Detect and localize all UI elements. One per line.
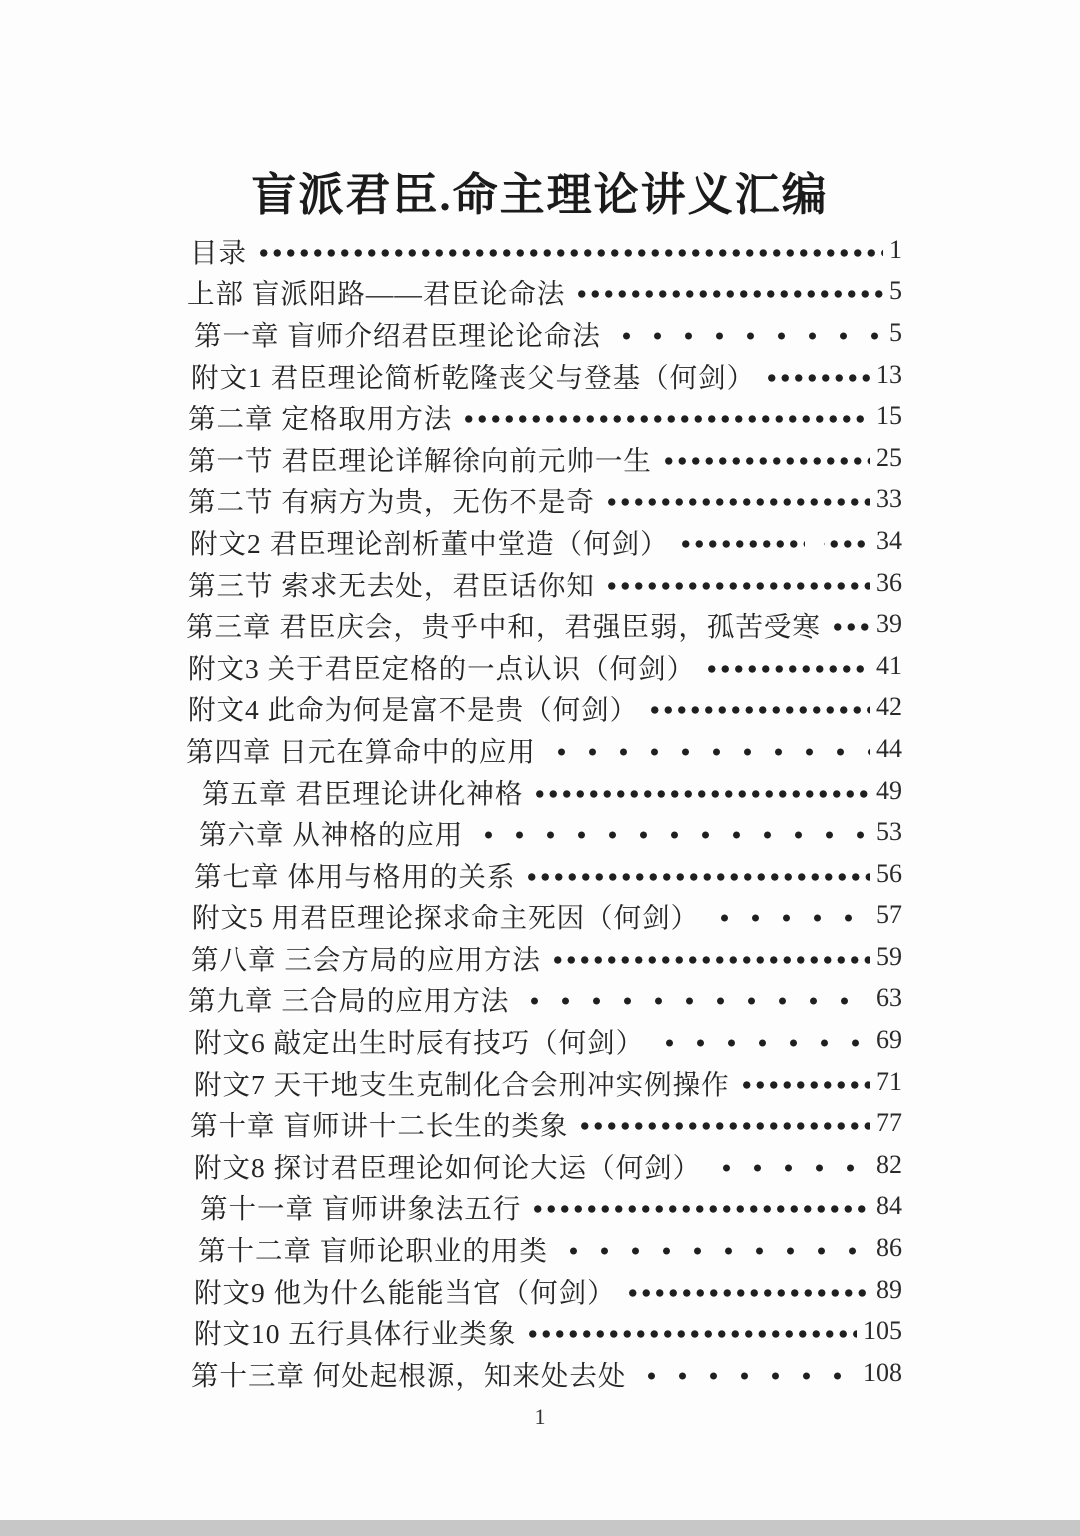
toc-entry-label: 附文3 关于君臣定格的一点认识（何剑） bbox=[188, 646, 695, 686]
toc-entry-page-number: 69 bbox=[876, 1025, 902, 1055]
toc-entry-label: 第三章 君臣庆会，贵乎中和，君强臣弱，孤苦受寒 bbox=[186, 604, 821, 644]
toc-entry-label: 第一章 盲师介绍君臣理论论命法 bbox=[194, 313, 601, 353]
toc-entry-label: 第七章 体用与格用的关系 bbox=[194, 854, 515, 894]
toc-entry: 第十一章 盲师讲象法五行 84 bbox=[186, 1186, 902, 1228]
toc-entry-page-number: 13 bbox=[876, 360, 902, 390]
toc-entry: 第一节 君臣理论详解徐向前元帅一生 25 bbox=[186, 437, 902, 479]
toc-entry: 第三章 君臣庆会，贵乎中和，君强臣弱，孤苦受寒 39 bbox=[186, 603, 902, 645]
toc-entry: 第二节 有病方为贵，无伤不是奇 33 bbox=[186, 479, 902, 521]
toc-entry-label: 附文7 天干地支生克制化合会刑冲实例操作 bbox=[194, 1062, 730, 1102]
toc-entry-page-number: 44 bbox=[876, 734, 902, 764]
toc-entry-label: 第二章 定格取用方法 bbox=[188, 396, 452, 436]
dot-leader bbox=[525, 872, 870, 882]
toc-entry-label: 附文8 探讨君臣理论如何论大运（何剑） bbox=[194, 1145, 701, 1185]
toc-entry: 附文7 天干地支生克制化合会刑冲实例操作 71 bbox=[186, 1061, 902, 1103]
toc-entry: 第三节 索求无去处，君臣话你知 36 bbox=[186, 562, 902, 604]
toc-entry-page-number: 42 bbox=[876, 692, 902, 722]
toc-entry: 附文5 用君臣理论探求命主死因（何剑） 57 bbox=[186, 895, 902, 937]
toc-entry-page-number: 56 bbox=[876, 859, 902, 889]
toc-entry-label: 附文4 此命为何是富不是贵（何剑） bbox=[188, 687, 638, 727]
dot-leader bbox=[558, 1246, 870, 1256]
toc-entry-label: 第六章 从神格的应用 bbox=[199, 812, 463, 852]
toc-entry-label: 上部 盲派阳路——君臣论命法 bbox=[187, 271, 565, 311]
dot-leader bbox=[636, 1371, 857, 1381]
toc-entry-page-number: 5 bbox=[889, 318, 902, 348]
dot-leader bbox=[551, 955, 870, 965]
toc-entry: 附文2 君臣理论剖析董中堂造（何剑） 34 bbox=[186, 520, 902, 562]
toc-entry: 上部 盲派阳路——君臣论命法 5 bbox=[186, 271, 902, 313]
dot-leader bbox=[711, 1163, 870, 1173]
dot-leader bbox=[578, 1121, 870, 1131]
dot-leader bbox=[648, 705, 870, 715]
dot-leader bbox=[765, 373, 870, 383]
toc-entry: 第五章 君臣理论讲化神格 49 bbox=[186, 770, 902, 812]
toc-entry-label: 附文10 五行具体行业类象 bbox=[194, 1311, 516, 1351]
toc-entry-page-number: 39 bbox=[876, 609, 902, 639]
dot-leader bbox=[546, 747, 870, 757]
toc-entry-label: 第八章 三会方局的应用方法 bbox=[191, 937, 541, 977]
toc-entry-label: 附文6 敲定出生时辰有技巧（何剑） bbox=[194, 1020, 644, 1060]
toc-entry: 附文8 探讨君臣理论如何论大运（何剑） 82 bbox=[186, 1144, 902, 1186]
toc-entry: 第六章 从神格的应用 53 bbox=[186, 811, 902, 853]
toc-entry-label: 第十三章 何处起根源，知来处去处 bbox=[191, 1353, 626, 1393]
toc-entry-label: 附文5 用君臣理论探求命主死因（何剑） bbox=[192, 895, 699, 935]
dot-leader bbox=[662, 456, 870, 466]
scan-edge-bar bbox=[0, 1520, 1080, 1536]
toc-entry: 第二章 定格取用方法 15 bbox=[186, 395, 902, 437]
dot-leader bbox=[654, 1038, 870, 1048]
toc-entry-page-number: 41 bbox=[876, 651, 902, 681]
dot-leader bbox=[709, 913, 870, 923]
dot-leader bbox=[626, 1288, 870, 1298]
toc-entry-label: 第十一章 盲师讲象法五行 bbox=[200, 1186, 521, 1226]
dot-leader bbox=[705, 664, 870, 674]
toc-entry-page-number: 33 bbox=[876, 484, 902, 514]
toc-entry: 第一章 盲师介绍君臣理论论命法 5 bbox=[186, 312, 902, 354]
toc-entry-page-number: 57 bbox=[876, 900, 902, 930]
toc-entry-page-number: 15 bbox=[876, 401, 902, 431]
toc-entry-label: 附文2 君臣理论剖析董中堂造（何剑） bbox=[190, 521, 669, 561]
dot-leader bbox=[605, 497, 870, 507]
toc-entry: 第十章 盲师讲十二长生的类象 77 bbox=[186, 1102, 902, 1144]
toc-entry-page-number: 49 bbox=[876, 776, 902, 806]
toc-entry-page-number: 36 bbox=[876, 568, 902, 598]
dot-leader bbox=[831, 622, 870, 632]
toc-entry-page-number: 53 bbox=[876, 817, 902, 847]
toc-entry-page-number: 108 bbox=[863, 1358, 902, 1388]
scanned-document-page: 盲派君臣.命主理论讲义汇编 目录 1 上部 盲派阳路——君臣论命法 5 第一章 … bbox=[0, 0, 1080, 1536]
toc-entry-label: 附文1 君臣理论简析乾隆丧父与登基（何剑） bbox=[191, 355, 755, 395]
dot-leader bbox=[531, 1204, 870, 1214]
toc-entry-label: 第二节 有病方为贵，无伤不是奇 bbox=[188, 479, 595, 519]
toc-entry-label: 第十二章 盲师论职业的用类 bbox=[198, 1228, 548, 1268]
dot-leader bbox=[605, 581, 870, 591]
toc-entry: 附文1 君臣理论简析乾隆丧父与登基（何剑） 13 bbox=[186, 354, 902, 396]
dot-leader bbox=[740, 1080, 870, 1090]
toc-entry-page-number: 1 bbox=[889, 235, 902, 265]
dot-leader bbox=[526, 1329, 857, 1339]
dot-leader bbox=[257, 248, 883, 258]
dot-leader bbox=[533, 789, 870, 799]
toc-entry-page-number: 86 bbox=[876, 1233, 902, 1263]
toc-entry-page-number: 59 bbox=[876, 942, 902, 972]
toc-entry: 第四章 日元在算命中的应用 44 bbox=[186, 728, 902, 770]
toc-entry: 目录 1 bbox=[186, 229, 902, 271]
toc-entry-label: 第五章 君臣理论讲化神格 bbox=[202, 771, 523, 811]
toc-entry-label: 第三节 索求无去处，君臣话你知 bbox=[188, 563, 595, 603]
toc-entry: 第九章 三合局的应用方法 63 bbox=[186, 978, 902, 1020]
dot-leader bbox=[519, 996, 870, 1006]
toc-entry-label: 目录 bbox=[190, 230, 247, 270]
toc-entry-page-number: 105 bbox=[863, 1316, 902, 1346]
page-title: 盲派君臣.命主理论讲义汇编 bbox=[0, 158, 1080, 223]
dot-leader bbox=[575, 289, 883, 299]
toc-entry-page-number: 77 bbox=[876, 1108, 902, 1138]
toc-entry-page-number: 82 bbox=[876, 1150, 902, 1180]
toc-entry: 第十二章 盲师论职业的用类 86 bbox=[186, 1227, 902, 1269]
toc-entry: 附文10 五行具体行业类象 105 bbox=[186, 1310, 902, 1352]
dot-leader bbox=[679, 539, 870, 549]
toc-entry-page-number: 89 bbox=[876, 1275, 902, 1305]
toc-entry-page-number: 25 bbox=[876, 443, 902, 473]
toc-entry: 第七章 体用与格用的关系 56 bbox=[186, 853, 902, 895]
toc-entry-page-number: 34 bbox=[876, 526, 902, 556]
toc-list: 目录 1 上部 盲派阳路——君臣论命法 5 第一章 盲师介绍君臣理论论命法 5 … bbox=[186, 229, 902, 1394]
footer-page-number: 1 bbox=[0, 1404, 1080, 1430]
toc-entry-label: 第十章 盲师讲十二长生的类象 bbox=[190, 1103, 568, 1143]
toc-entry: 附文3 关于君臣定格的一点认识（何剑） 41 bbox=[186, 645, 902, 687]
toc-entry-page-number: 63 bbox=[876, 983, 902, 1013]
dot-leader bbox=[462, 414, 870, 424]
dot-leader bbox=[611, 331, 883, 341]
toc-entry: 第十三章 何处起根源，知来处去处 108 bbox=[186, 1352, 902, 1394]
toc-entry: 附文9 他为什么能能当官（何剑） 89 bbox=[186, 1269, 902, 1311]
toc-entry-label: 第九章 三合局的应用方法 bbox=[188, 978, 509, 1018]
toc-entry: 附文4 此命为何是富不是贵（何剑） 42 bbox=[186, 687, 902, 729]
toc-entry-page-number: 71 bbox=[876, 1067, 902, 1097]
toc-entry-label: 第四章 日元在算命中的应用 bbox=[186, 729, 536, 769]
dot-leader bbox=[473, 830, 870, 840]
toc-entry-page-number: 5 bbox=[889, 276, 902, 306]
toc-entry: 第八章 三会方局的应用方法 59 bbox=[186, 936, 902, 978]
toc-entry-label: 第一节 君臣理论详解徐向前元帅一生 bbox=[188, 438, 652, 478]
toc-entry: 附文6 敲定出生时辰有技巧（何剑） 69 bbox=[186, 1019, 902, 1061]
toc-entry-page-number: 84 bbox=[876, 1191, 902, 1221]
toc-entry-label: 附文9 他为什么能能当官（何剑） bbox=[194, 1270, 616, 1310]
